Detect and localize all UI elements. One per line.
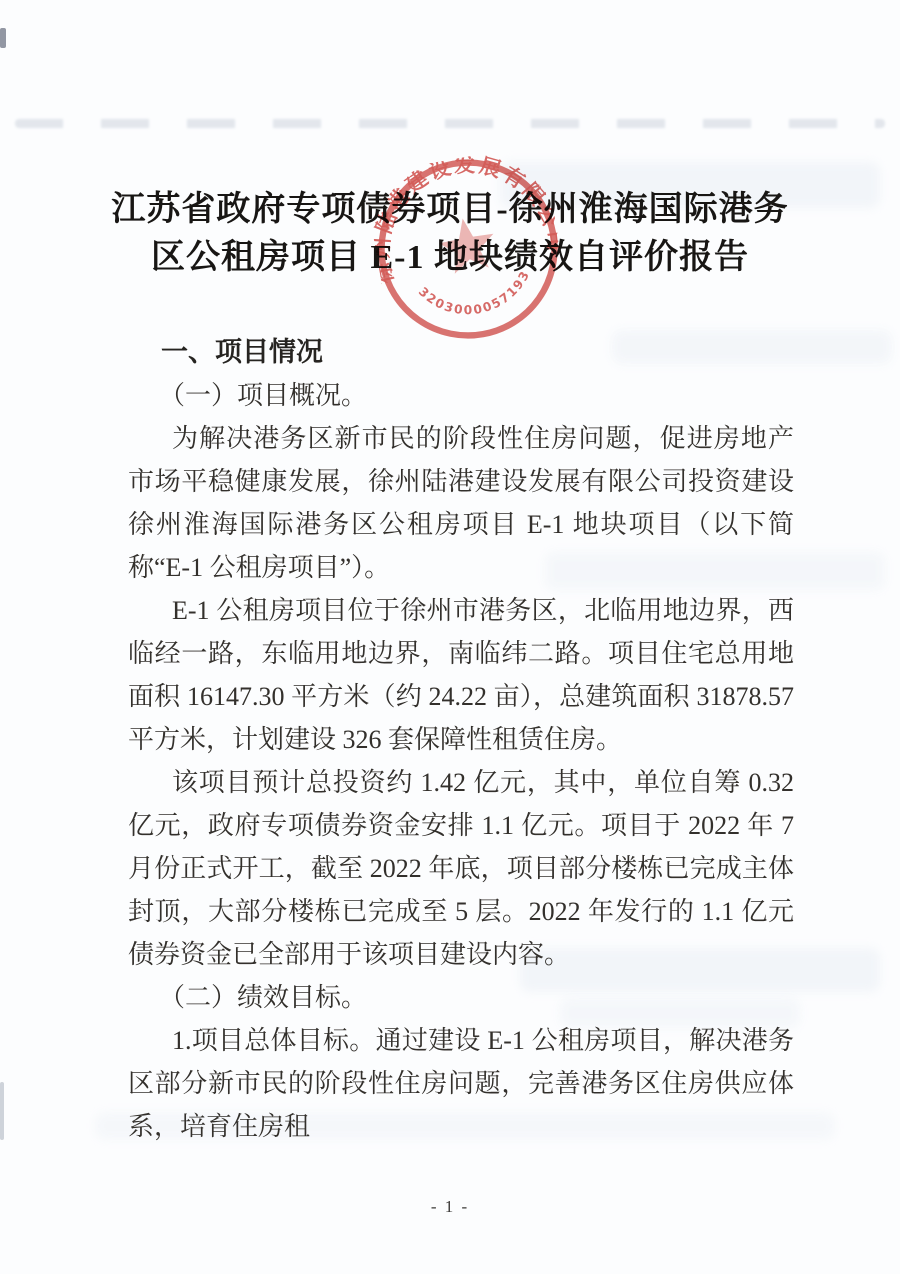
scan-artifact-edge-mark bbox=[0, 28, 6, 48]
seal-company-text: 徐州陆港建设发展有限公司 bbox=[363, 144, 570, 287]
company-seal-stamp: 徐州陆港建设发展有限公司 3203000057193 bbox=[363, 144, 574, 355]
scan-artifact-streak bbox=[15, 119, 885, 128]
subsection-heading: （一）项目概况。 bbox=[128, 374, 794, 417]
paragraph: 为解决港务区新市民的阶段性住房问题，促进房地产市场平稳健康发展，徐州陆港建设发展… bbox=[128, 417, 794, 589]
scan-artifact-edge-mark bbox=[0, 1082, 4, 1140]
paragraph: 1.项目总体目标。通过建设 E-1 公租房项目，解决港务区部分新市民的阶段性住房… bbox=[128, 1019, 794, 1148]
paragraph: 该项目预计总投资约 1.42 亿元，其中，单位自筹 0.32 亿元，政府专项债券… bbox=[128, 761, 794, 976]
seal-star-icon bbox=[435, 214, 499, 276]
svg-text:徐州陆港建设发展有限公司: 徐州陆港建设发展有限公司 bbox=[363, 144, 570, 287]
subsection-heading: （二）绩效目标。 bbox=[128, 976, 794, 1019]
paragraph: E-1 公租房项目位于徐州市港务区，北临用地边界，西临经一路，东临用地边界，南临… bbox=[128, 589, 794, 761]
document-page: 江苏省政府专项债券项目-徐州淮海国际港务 区公租房项目 E-1 地块绩效自评价报… bbox=[0, 0, 900, 1274]
page-number: - 1 - bbox=[0, 1197, 900, 1217]
document-body: 一、项目情况 （一）项目概况。 为解决港务区新市民的阶段性住房问题，促进房地产市… bbox=[128, 331, 794, 1148]
